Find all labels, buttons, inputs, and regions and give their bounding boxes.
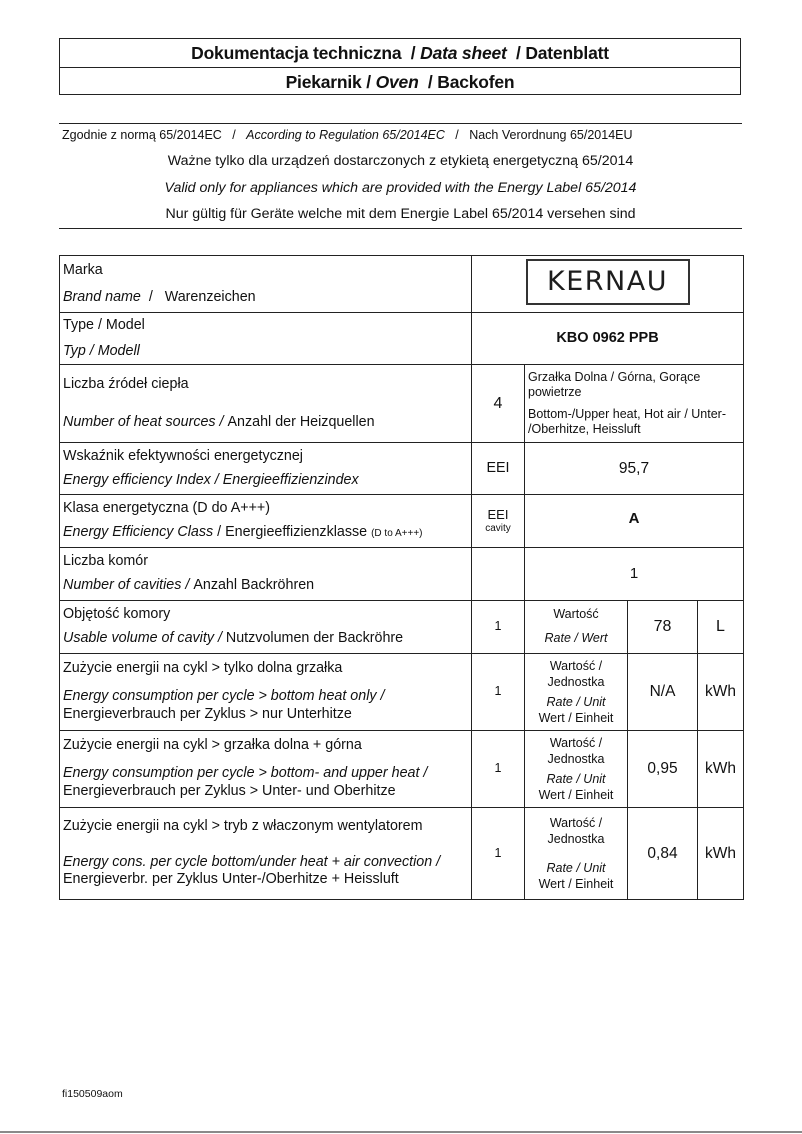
brand-label: Marka Brand name / Warenzeichen	[60, 256, 472, 313]
label-de: Energieverbrauch per Zyklus > Unter- und…	[63, 783, 471, 801]
page-bottom-edge	[0, 1131, 802, 1133]
label-de: Anzahl Backröhren	[193, 577, 314, 593]
rate-de: Wert / Einheit	[525, 876, 627, 892]
symbol-sub: cavity	[472, 523, 524, 534]
cavities-empty-cell	[472, 548, 525, 601]
regulation-de: Nach Verordnung 65/2014EU	[469, 128, 632, 142]
separator: /	[366, 72, 371, 93]
range-note: (D to A+++)	[371, 528, 422, 539]
validity-pl: Ważne tylko dla urządzeń dostarczonych z…	[59, 153, 742, 169]
brand-value-cell: KERNAU	[472, 256, 744, 313]
label-en: Brand name	[63, 289, 141, 305]
divider-top	[59, 123, 742, 124]
divider-bottom	[59, 228, 742, 229]
consumption-label: Zużycie energii na cykl > tryb z właczon…	[60, 808, 472, 900]
separator: /	[411, 43, 416, 64]
validity-de: Nur gültig für Geräte welche mit dem Ene…	[59, 206, 742, 222]
label-pl: Zużycie energii na cykl > tryb z właczon…	[63, 818, 471, 836]
consumption-rate: Wartość / Jednostka Rate / Unit Wert / E…	[525, 808, 628, 900]
energy-class-value: A	[525, 495, 744, 548]
model-label: Type / Model Typ / Modell	[60, 313, 472, 365]
heat-sources-desc: Grzałka Dolna / Górna, Gorące powietrze …	[525, 365, 744, 443]
rate-pl: Wartość / Jednostka	[525, 815, 627, 848]
title-pl: Dokumentacja techniczna	[191, 43, 401, 64]
volume-rate: Wartość Rate / Wert	[525, 601, 628, 654]
consumption-value: 0,84	[628, 808, 698, 900]
subtitle-de: Backofen	[437, 72, 514, 93]
label-en: Energy consumption per cycle > bottom he…	[63, 688, 471, 706]
label-de: Anzahl der Heizquellen	[228, 414, 375, 430]
consumption-count: 1	[472, 654, 525, 731]
table-row-volume: Objętość komory Usable volume of cavity …	[60, 601, 744, 654]
label-pl: Type / Model	[63, 317, 471, 335]
table-row-consumption-bottom: Zużycie energii na cykl > tylko dolna gr…	[60, 654, 744, 731]
rate-en-de: Rate / Wert	[525, 627, 627, 651]
energy-class-label: Klasa energetyczna (D do A+++) Energy Ef…	[60, 495, 472, 548]
label-de: Energieverbrauch per Zyklus > nur Unterh…	[63, 706, 471, 724]
document-subtitle: Piekarnik / Oven / Backofen	[60, 67, 740, 96]
label-pl: Klasa energetyczna (D do A+++)	[63, 500, 471, 518]
eei-value: 95,7	[525, 443, 744, 495]
label-de: / Energieeffizienzklasse	[217, 524, 367, 540]
cavities-value: 1	[525, 548, 744, 601]
label-pl: Zużycie energii na cykl > tylko dolna gr…	[63, 660, 471, 678]
label-en: Energy consumption per cycle > bottom- a…	[63, 765, 471, 783]
label-pl: Marka	[63, 262, 471, 280]
label-de: Typ / Modell	[63, 343, 471, 361]
volume-value: 78	[628, 601, 698, 654]
table-row-consumption-bottom-upper: Zużycie energii na cykl > grzałka dolna …	[60, 731, 744, 808]
validity-en: Valid only for appliances which are prov…	[59, 180, 742, 196]
heat-sources-label: Liczba źródeł ciepła Number of heat sour…	[60, 365, 472, 443]
consumption-unit: kWh	[698, 808, 744, 900]
label-en: Number of heat sources /	[63, 414, 224, 430]
label-pl: Objętość komory	[63, 606, 471, 624]
rate-en: Rate / Unit	[525, 860, 627, 876]
cavities-label: Liczba komór Number of cavities / Anzahl…	[60, 548, 472, 601]
desc-en-de: Bottom-/Upper heat, Hot air / Unter- /Ob…	[528, 407, 741, 438]
brand-logo: KERNAU	[526, 259, 690, 305]
consumption-count: 1	[472, 808, 525, 900]
model-value: KBO 0962 PPB	[472, 313, 744, 365]
regulation-en: According to Regulation 65/2014EC	[246, 128, 445, 142]
label-pl: Liczba źródeł ciepła	[63, 376, 471, 394]
title-en: Data sheet	[420, 43, 507, 64]
rate-en: Rate / Unit	[525, 771, 627, 787]
consumption-unit: kWh	[698, 731, 744, 808]
table-row-model: Type / Model Typ / Modell KBO 0962 PPB	[60, 313, 744, 365]
title-de: Datenblatt	[525, 43, 609, 64]
energy-class-symbol: EEI cavity	[472, 495, 525, 548]
eei-symbol: EEI	[472, 443, 525, 495]
rate-pl: Wartość / Jednostka	[525, 658, 627, 691]
document-title-box: Dokumentacja techniczna / Data sheet / D…	[59, 38, 741, 95]
label-de: Energieverbr. per Zyklus Unter-/Oberhitz…	[63, 871, 471, 889]
spec-table: Marka Brand name / Warenzeichen KERNAU T…	[59, 255, 744, 900]
regulation-line: Zgodnie z normą 65/2014EC / According to…	[62, 128, 633, 142]
consumption-value: N/A	[628, 654, 698, 731]
subtitle-pl: Piekarnik	[286, 72, 362, 93]
label-pl: Zużycie energii na cykl > grzałka dolna …	[63, 737, 471, 755]
consumption-count: 1	[472, 731, 525, 808]
volume-count: 1	[472, 601, 525, 654]
consumption-label: Zużycie energii na cykl > grzałka dolna …	[60, 731, 472, 808]
table-row-eei: Wskaźnik efektywności energetycznej Ener…	[60, 443, 744, 495]
rate-de: Wert / Einheit	[525, 710, 627, 726]
table-row-brand: Marka Brand name / Warenzeichen KERNAU	[60, 256, 744, 313]
rate-en: Rate / Unit	[525, 694, 627, 710]
consumption-value: 0,95	[628, 731, 698, 808]
footer-document-code: fi150509aom	[62, 1088, 123, 1100]
rate-pl: Wartość	[525, 603, 627, 627]
heat-sources-count: 4	[472, 365, 525, 443]
label-en: Energy Efficiency Class	[63, 524, 213, 540]
consumption-label: Zużycie energii na cykl > tylko dolna gr…	[60, 654, 472, 731]
desc-pl: Grzałka Dolna / Górna, Gorące powietrze	[528, 370, 741, 401]
volume-label: Objętość komory Usable volume of cavity …	[60, 601, 472, 654]
separator: /	[428, 72, 433, 93]
rate-de: Wert / Einheit	[525, 787, 627, 803]
table-row-heat-sources: Liczba źródeł ciepła Number of heat sour…	[60, 365, 744, 443]
consumption-unit: kWh	[698, 654, 744, 731]
label-pl: Liczba komór	[63, 553, 471, 571]
document-title: Dokumentacja techniczna / Data sheet / D…	[60, 39, 740, 67]
eei-label: Wskaźnik efektywności energetycznej Ener…	[60, 443, 472, 495]
label-de: Nutzvolumen der Backröhre	[226, 630, 403, 646]
consumption-rate: Wartość / Jednostka Rate / Unit Wert / E…	[525, 731, 628, 808]
label-en: Usable volume of cavity /	[63, 630, 222, 646]
separator: /	[516, 43, 521, 64]
subtitle-en: Oven	[376, 72, 419, 93]
table-row-energy-class: Klasa energetyczna (D do A+++) Energy Ef…	[60, 495, 744, 548]
label-pl: Wskaźnik efektywności energetycznej	[63, 448, 471, 466]
label-en: Number of cavities /	[63, 577, 189, 593]
label-de: Warenzeichen	[165, 289, 256, 305]
table-row-consumption-convection: Zużycie energii na cykl > tryb z właczon…	[60, 808, 744, 900]
volume-unit: L	[698, 601, 744, 654]
label-en-de: Energy efficiency Index / Energieeffizie…	[63, 472, 471, 490]
symbol: EEI	[472, 508, 524, 522]
consumption-rate: Wartość / Jednostka Rate / Unit Wert / E…	[525, 654, 628, 731]
regulation-pl: Zgodnie z normą 65/2014EC	[62, 128, 222, 142]
rate-pl: Wartość / Jednostka	[525, 735, 627, 768]
table-row-cavities: Liczba komór Number of cavities / Anzahl…	[60, 548, 744, 601]
label-en: Energy cons. per cycle bottom/under heat…	[63, 854, 471, 872]
